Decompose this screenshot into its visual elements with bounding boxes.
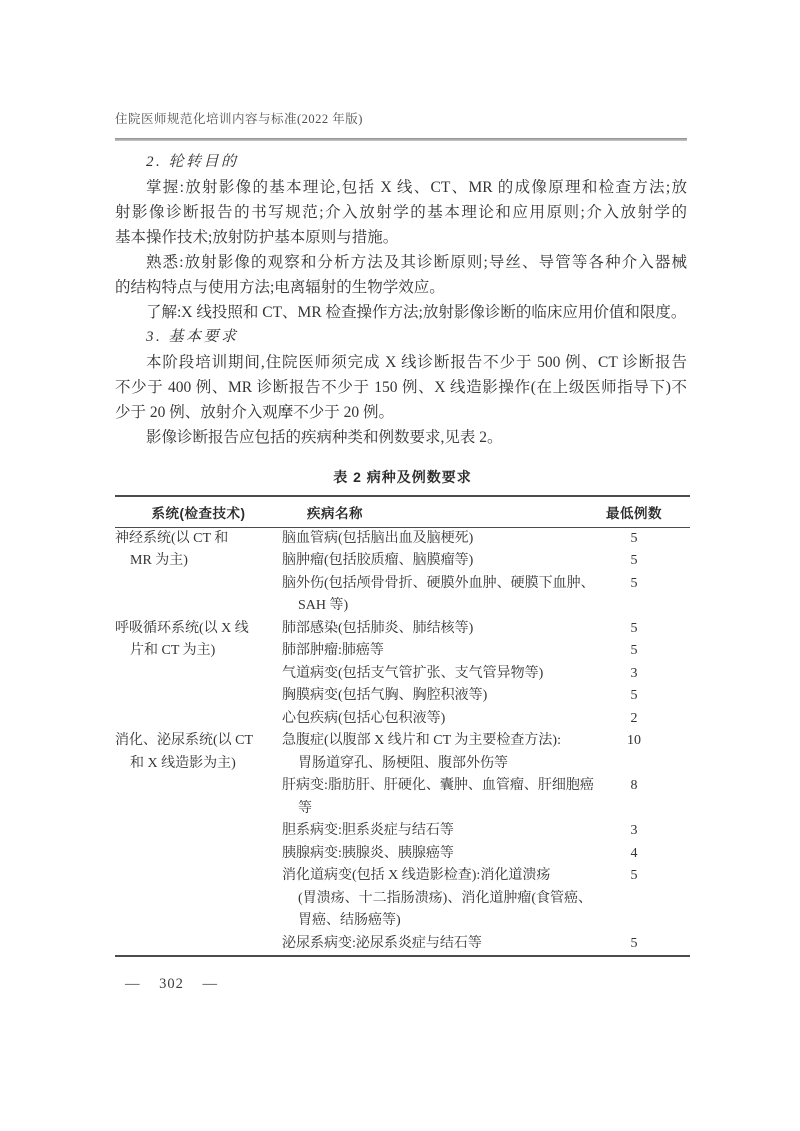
table-header-row: 系统(检查技术) 疾病名称 最低例数 bbox=[115, 497, 690, 528]
paragraph-line: 掌握:放射影像的基本理论,包括 X 线、CT、MR 的成像原理和检查方法;放 bbox=[115, 175, 687, 200]
min-count-value: 3 bbox=[578, 663, 690, 686]
disease-line: 肝病变:脂肪肝、肝硬化、囊肿、血管瘤、肝细胞癌 bbox=[282, 775, 578, 798]
system-line: MR 为主) bbox=[115, 550, 282, 573]
min-count-value: 5 bbox=[578, 618, 690, 641]
paragraph-line: 少于 20 例、放射介入观摩不少于 20 例。 bbox=[115, 400, 687, 425]
disease-text: 泌尿系病变:泌尿系炎症与结石等 bbox=[282, 933, 578, 956]
disease-text: 胰腺病变:胰腺炎、胰腺癌等 bbox=[282, 843, 578, 866]
disease-line: 脑外伤(包括颅骨骨折、硬膜外血肿、硬膜下血肿、 bbox=[282, 573, 578, 596]
disease-line: 等 bbox=[282, 798, 578, 821]
disease-text: 脑肿瘤(包括胶质瘤、脑膜瘤等) bbox=[282, 550, 578, 573]
page-number: — 302 — bbox=[125, 976, 218, 993]
system-line: 神经系统(以 CT 和 bbox=[115, 528, 282, 551]
table-row: 脑血管病(包括脑出血及脑梗死)5 bbox=[282, 528, 690, 551]
disease-rows: 急腹症(以腹部 X 线片和 CT 为主要检查方法):胃肠道穿孔、肠梗阻、腹部外伤… bbox=[282, 730, 690, 955]
table-row: 消化道病变(包括 X 线造影检查):消化道溃疡(胃溃疡、十二指肠溃疡)、消化道肿… bbox=[282, 865, 690, 933]
section-heading: 2. 轮转目的 bbox=[115, 150, 687, 175]
disease-line: 脑血管病(包括脑出血及脑梗死) bbox=[282, 528, 578, 551]
table-row: 脑外伤(包括颅骨骨折、硬膜外血肿、硬膜下血肿、SAH 等)5 bbox=[282, 573, 690, 618]
running-header: 住院医师规范化培训内容与标准(2022 年版) bbox=[115, 109, 687, 127]
body-content: 2. 轮转目的掌握:放射影像的基本理论,包括 X 线、CT、MR 的成像原理和检… bbox=[115, 150, 687, 450]
table-group: 消化、泌尿系统(以 CT和 X 线造影为主)急腹症(以腹部 X 线片和 CT 为… bbox=[115, 730, 690, 955]
min-count-value: 5 bbox=[578, 550, 690, 573]
paragraph-line: 本阶段培训期间,住院医师须完成 X 线诊断报告不少于 500 例、CT 诊断报告 bbox=[115, 350, 687, 375]
paragraph-line: 影像诊断报告应包括的疾病种类和例数要求,见表 2。 bbox=[115, 425, 687, 450]
disease-text: 心包疾病(包括心包积液等) bbox=[282, 708, 578, 731]
paragraph-line: 的结构特点与使用方法;电离辐射的生物学效应。 bbox=[115, 275, 687, 300]
paragraph-line: 不少于 400 例、MR 诊断报告不少于 150 例、X 线造影操作(在上级医师… bbox=[115, 375, 687, 400]
col-header-system: 系统(检查技术) bbox=[115, 502, 282, 522]
disease-line: 肺部肿瘤:肺癌等 bbox=[282, 640, 578, 663]
disease-text: 肺部感染(包括肺炎、肺结核等) bbox=[282, 618, 578, 641]
disease-line: SAH 等) bbox=[282, 595, 578, 618]
min-count-value: 5 bbox=[578, 528, 690, 551]
disease-text: 肝病变:脂肪肝、肝硬化、囊肿、血管瘤、肝细胞癌等 bbox=[282, 775, 578, 820]
min-count-value: 4 bbox=[578, 843, 690, 866]
min-count-value: 8 bbox=[578, 775, 690, 798]
disease-rows: 脑血管病(包括脑出血及脑梗死)5脑肿瘤(包括胶质瘤、脑膜瘤等)5脑外伤(包括颅骨… bbox=[282, 528, 690, 618]
system-cell: 消化、泌尿系统(以 CT和 X 线造影为主) bbox=[115, 730, 282, 955]
min-count-value: 5 bbox=[578, 573, 690, 596]
disease-line: 气道病变(包括支气管扩张、支气管异物等) bbox=[282, 663, 578, 686]
document-page: 住院医师规范化培训内容与标准(2022 年版) 2. 轮转目的掌握:放射影像的基… bbox=[0, 0, 800, 1131]
disease-line: 脑肿瘤(包括胶质瘤、脑膜瘤等) bbox=[282, 550, 578, 573]
min-count-value: 5 bbox=[578, 933, 690, 956]
disease-text: 急腹症(以腹部 X 线片和 CT 为主要检查方法):胃肠道穿孔、肠梗阻、腹部外伤… bbox=[282, 730, 578, 775]
disease-text: 气道病变(包括支气管扩张、支气管异物等) bbox=[282, 663, 578, 686]
table-group: 呼吸循环系统(以 X 线片和 CT 为主)肺部感染(包括肺炎、肺结核等)5肺部肿… bbox=[115, 618, 690, 731]
table-group: 神经系统(以 CT 和MR 为主)脑血管病(包括脑出血及脑梗死)5脑肿瘤(包括胶… bbox=[115, 528, 690, 618]
disease-rows: 肺部感染(包括肺炎、肺结核等)5肺部肿瘤:肺癌等5气道病变(包括支气管扩张、支气… bbox=[282, 618, 690, 731]
min-count-value: 10 bbox=[578, 730, 690, 753]
section-heading: 3. 基本要求 bbox=[115, 325, 687, 350]
disease-line: 消化道病变(包括 X 线造影检查):消化道溃疡 bbox=[282, 865, 578, 888]
disease-line: 急腹症(以腹部 X 线片和 CT 为主要检查方法): bbox=[282, 730, 578, 753]
system-line: 片和 CT 为主) bbox=[115, 640, 282, 663]
table-row: 气道病变(包括支气管扩张、支气管异物等)3 bbox=[282, 663, 690, 686]
header-rule bbox=[115, 138, 687, 141]
min-count-value: 2 bbox=[578, 708, 690, 731]
col-header-min-count: 最低例数 bbox=[578, 502, 690, 522]
min-count-value: 5 bbox=[578, 865, 690, 888]
disease-line: 胰腺病变:胰腺炎、胰腺癌等 bbox=[282, 843, 578, 866]
table-row: 胸膜病变(包括气胸、胸腔积液等)5 bbox=[282, 685, 690, 708]
disease-line: 胆系病变:胆系炎症与结石等 bbox=[282, 820, 578, 843]
table-row: 肺部肿瘤:肺癌等5 bbox=[282, 640, 690, 663]
table-row: 脑肿瘤(包括胶质瘤、脑膜瘤等)5 bbox=[282, 550, 690, 573]
table-row: 胰腺病变:胰腺炎、胰腺癌等4 bbox=[282, 843, 690, 866]
system-line: 消化、泌尿系统(以 CT bbox=[115, 730, 282, 753]
paragraph-line: 熟悉:放射影像的观察和分析方法及其诊断原则;导丝、导管等各种介入器械 bbox=[115, 250, 687, 275]
disease-line: (胃溃疡、十二指肠溃疡)、消化道肿瘤(食管癌、 bbox=[282, 888, 578, 911]
col-header-disease: 疾病名称 bbox=[282, 502, 578, 522]
disease-line: 胃癌、结肠癌等) bbox=[282, 910, 578, 933]
table-body: 神经系统(以 CT 和MR 为主)脑血管病(包括脑出血及脑梗死)5脑肿瘤(包括胶… bbox=[115, 528, 690, 956]
paragraph-line: 射影像诊断报告的书写规范;介入放射学的基本理论和应用原则;介入放射学的 bbox=[115, 200, 687, 225]
table-row: 急腹症(以腹部 X 线片和 CT 为主要检查方法):胃肠道穿孔、肠梗阻、腹部外伤… bbox=[282, 730, 690, 775]
paragraph-line: 基本操作技术;放射防护基本原则与措施。 bbox=[115, 225, 687, 250]
system-line: 和 X 线造影为主) bbox=[115, 753, 282, 776]
table-2: 系统(检查技术) 疾病名称 最低例数 神经系统(以 CT 和MR 为主)脑血管病… bbox=[115, 495, 690, 957]
disease-text: 消化道病变(包括 X 线造影检查):消化道溃疡(胃溃疡、十二指肠溃疡)、消化道肿… bbox=[282, 865, 578, 933]
disease-line: 胸膜病变(包括气胸、胸腔积液等) bbox=[282, 685, 578, 708]
disease-text: 脑外伤(包括颅骨骨折、硬膜外血肿、硬膜下血肿、SAH 等) bbox=[282, 573, 578, 618]
min-count-value: 5 bbox=[578, 685, 690, 708]
table-row: 胆系病变:胆系炎症与结石等3 bbox=[282, 820, 690, 843]
disease-text: 脑血管病(包括脑出血及脑梗死) bbox=[282, 528, 578, 551]
disease-line: 心包疾病(包括心包积液等) bbox=[282, 708, 578, 731]
table-row: 肺部感染(包括肺炎、肺结核等)5 bbox=[282, 618, 690, 641]
paragraph-line: 了解:X 线投照和 CT、MR 检查操作方法;放射影像诊断的临床应用价值和限度。 bbox=[115, 300, 687, 325]
disease-line: 胃肠道穿孔、肠梗阻、腹部外伤等 bbox=[282, 753, 578, 776]
table-row: 肝病变:脂肪肝、肝硬化、囊肿、血管瘤、肝细胞癌等8 bbox=[282, 775, 690, 820]
disease-line: 泌尿系病变:泌尿系炎症与结石等 bbox=[282, 933, 578, 956]
disease-text: 胸膜病变(包括气胸、胸腔积液等) bbox=[282, 685, 578, 708]
system-cell: 神经系统(以 CT 和MR 为主) bbox=[115, 528, 282, 618]
system-line: 呼吸循环系统(以 X 线 bbox=[115, 618, 282, 641]
table-row: 泌尿系病变:泌尿系炎症与结石等5 bbox=[282, 933, 690, 956]
table-title: 表 2 病种及例数要求 bbox=[115, 467, 690, 486]
disease-text: 肺部肿瘤:肺癌等 bbox=[282, 640, 578, 663]
system-cell: 呼吸循环系统(以 X 线片和 CT 为主) bbox=[115, 618, 282, 731]
disease-text: 胆系病变:胆系炎症与结石等 bbox=[282, 820, 578, 843]
table-2-block: 表 2 病种及例数要求 系统(检查技术) 疾病名称 最低例数 神经系统(以 CT… bbox=[115, 467, 690, 957]
disease-line: 肺部感染(包括肺炎、肺结核等) bbox=[282, 618, 578, 641]
table-row: 心包疾病(包括心包积液等)2 bbox=[282, 708, 690, 731]
min-count-value: 5 bbox=[578, 640, 690, 663]
min-count-value: 3 bbox=[578, 820, 690, 843]
